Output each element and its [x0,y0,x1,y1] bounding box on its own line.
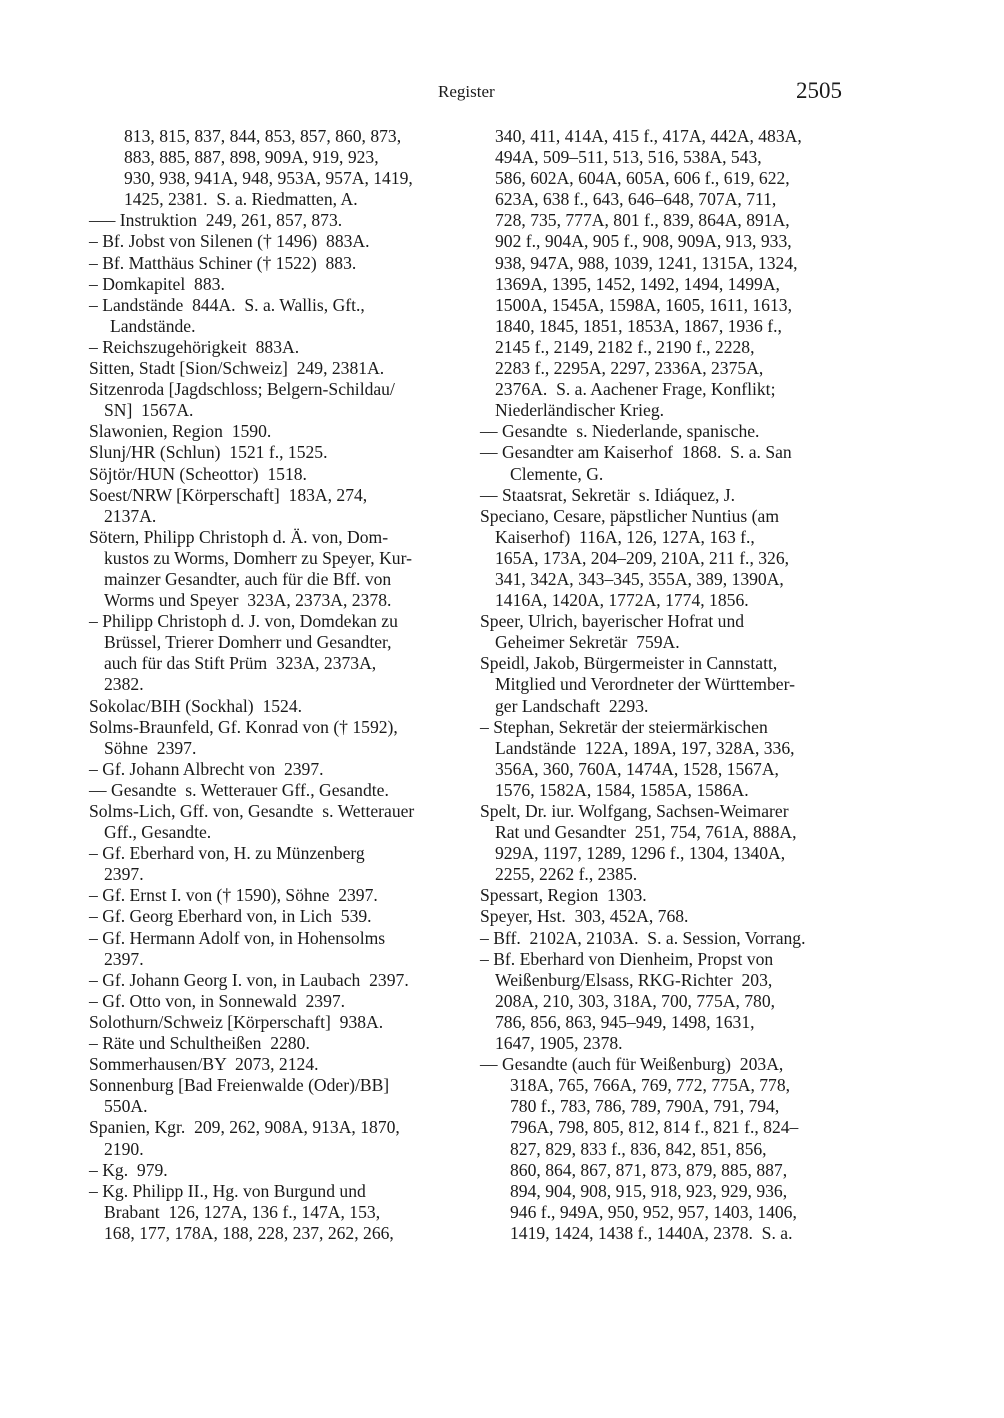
index-line: Sitten, Stadt [Sion/Schweiz] 249, 2381A. [89,358,469,379]
index-line: – Bff. 2102A, 2103A. S. a. Session, Vorr… [480,928,855,949]
index-line: Landstände. [89,316,469,337]
index-line: 827, 829, 833 f., 836, 842, 851, 856, [480,1139,855,1160]
index-line: Brüssel, Trierer Domherr und Gesandter, [89,632,469,653]
index-line: SN] 1567A. [89,400,469,421]
index-line: –– Gesandter am Kaiserhof 1868. S. a. Sa… [480,442,855,463]
index-line: –– Gesandte s. Niederlande, spanische. [480,421,855,442]
index-line: 894, 904, 908, 915, 918, 923, 929, 936, [480,1181,855,1202]
index-line: – Kg. Philipp II., Hg. von Burgund und [89,1181,469,1202]
index-line: Gff., Gesandte. [89,822,469,843]
index-line: Spessart, Region 1303. [480,885,855,906]
index-line: – Gf. Eberhard von, H. zu Münzenberg [89,843,469,864]
index-line: Sötern, Philipp Christoph d. Ä. von, Dom… [89,527,469,548]
index-line: 2376A. S. a. Aachener Frage, Konflikt; [480,379,855,400]
index-line: mainzer Gesandter, auch für die Bff. von [89,569,469,590]
index-line: 946 f., 949A, 950, 952, 957, 1403, 1406, [480,1202,855,1223]
index-line: Sokolac/BIH (Sockhal) 1524. [89,696,469,717]
index-line: 902 f., 904A, 905 f., 908, 909A, 913, 93… [480,231,855,252]
index-line: –– Gesandte (auch für Weißenburg) 203A, [480,1054,855,1075]
running-head: Register [438,82,495,102]
index-line: – Gf. Ernst I. von († 1590), Söhne 2397. [89,885,469,906]
index-line: Rat und Gesandter 251, 754, 761A, 888A, [480,822,855,843]
index-line: Slunj/HR (Schlun) 1521 f., 1525. [89,442,469,463]
index-line: – Gf. Otto von, in Sonnewald 2397. [89,991,469,1012]
index-line: Weißenburg/Elsass, RKG-Richter 203, [480,970,855,991]
index-line: – Philipp Christoph d. J. von, Domdekan … [89,611,469,632]
index-line: – Bf. Eberhard von Dienheim, Propst von [480,949,855,970]
index-column-left: 813, 815, 837, 844, 853, 857, 860, 873,8… [89,126,469,1244]
index-line: 938, 947A, 988, 1039, 1241, 1315A, 1324, [480,253,855,274]
index-line: ger Landschaft 2293. [480,696,855,717]
index-line: auch für das Stift Prüm 323A, 2373A, [89,653,469,674]
index-line: 168, 177, 178A, 188, 228, 237, 262, 266, [89,1223,469,1244]
index-line: 165A, 173A, 204–209, 210A, 211 f., 326, [480,548,855,569]
index-line: 860, 864, 867, 871, 873, 879, 885, 887, [480,1160,855,1181]
index-line: Clemente, G. [480,464,855,485]
index-line: 2190. [89,1139,469,1160]
index-line: 318A, 765, 766A, 769, 772, 775A, 778, [480,1075,855,1096]
index-line: Geheimer Sekretär 759A. [480,632,855,653]
index-line: – Landstände 844A. S. a. Wallis, Gft., [89,295,469,316]
index-line: 1425, 2381. S. a. Riedmatten, A. [89,189,469,210]
index-line: Spanien, Kgr. 209, 262, 908A, 913A, 1870… [89,1117,469,1138]
index-line: 623A, 638 f., 643, 646–648, 707A, 711, [480,189,855,210]
index-line: 2397. [89,864,469,885]
index-line: 813, 815, 837, 844, 853, 857, 860, 873, [89,126,469,147]
index-line: – Räte und Schultheißen 2280. [89,1033,469,1054]
index-line: 586, 602A, 604A, 605A, 606 f., 619, 622, [480,168,855,189]
index-line: 1369A, 1395, 1452, 1492, 1494, 1499A, [480,274,855,295]
index-line: 208A, 210, 303, 318A, 700, 775A, 780, [480,991,855,1012]
index-line: Soest/NRW [Körperschaft] 183A, 274, [89,485,469,506]
index-line: 341, 342A, 343–345, 355A, 389, 1390A, [480,569,855,590]
index-line: Sommerhausen/BY 2073, 2124. [89,1054,469,1075]
index-line: Solms-Braunfeld, Gf. Konrad von († 1592)… [89,717,469,738]
page-number: 2505 [796,78,842,104]
index-line: – Reichszugehörigkeit 883A. [89,337,469,358]
index-line: Landstände 122A, 189A, 197, 328A, 336, [480,738,855,759]
index-line: 1500A, 1545A, 1598A, 1605, 1611, 1613, [480,295,855,316]
index-line: Söjtör/HUN (Scheottor) 1518. [89,464,469,485]
index-line: 1419, 1424, 1438 f., 1440A, 2378. S. a. [480,1223,855,1244]
index-line: Sitzenroda [Jagdschloss; Belgern-Schilda… [89,379,469,400]
index-line: 728, 735, 777A, 801 f., 839, 864A, 891A, [480,210,855,231]
index-line: 929A, 1197, 1289, 1296 f., 1304, 1340A, [480,843,855,864]
index-line: Solms-Lich, Gff. von, Gesandte s. Wetter… [89,801,469,822]
index-line: – Domkapitel 883. [89,274,469,295]
index-line: 780 f., 783, 786, 789, 790A, 791, 794, [480,1096,855,1117]
index-line: Speer, Ulrich, bayerischer Hofrat und [480,611,855,632]
index-line: – Bf. Jobst von Silenen († 1496) 883A. [89,231,469,252]
index-line: Mitglied und Verordneter der Württember- [480,674,855,695]
index-line: Speyer, Hst. 303, 452A, 768. [480,906,855,927]
index-line: 1416A, 1420A, 1772A, 1774, 1856. [480,590,855,611]
index-line: –– Gesandte s. Wetterauer Gff., Gesandte… [89,780,469,801]
index-line: – Gf. Hermann Adolf von, in Hohensolms [89,928,469,949]
index-line: 550A. [89,1096,469,1117]
index-line: – Stephan, Sekretär der steiermärkischen [480,717,855,738]
index-line: Brabant 126, 127A, 136 f., 147A, 153, [89,1202,469,1223]
index-line: 1647, 1905, 2378. [480,1033,855,1054]
page-header: Register 2505 [0,78,1004,108]
index-line: 786, 856, 863, 945–949, 1498, 1631, [480,1012,855,1033]
index-line: – Kg. 979. [89,1160,469,1181]
index-line: Speidl, Jakob, Bürgermeister in Cannstat… [480,653,855,674]
index-line: ––– Instruktion 249, 261, 857, 873. [89,210,469,231]
index-line: Niederländischer Krieg. [480,400,855,421]
index-line: Speciano, Cesare, päpstlicher Nuntius (a… [480,506,855,527]
index-line: – Gf. Georg Eberhard von, in Lich 539. [89,906,469,927]
index-line: 1840, 1845, 1851, 1853A, 1867, 1936 f., [480,316,855,337]
index-line: kustos zu Worms, Domherr zu Speyer, Kur- [89,548,469,569]
index-line: Slawonien, Region 1590. [89,421,469,442]
index-line: 2397. [89,949,469,970]
index-line: 494A, 509–511, 513, 516, 538A, 543, [480,147,855,168]
index-line: – Bf. Matthäus Schiner († 1522) 883. [89,253,469,274]
index-line: Spelt, Dr. iur. Wolfgang, Sachsen-Weimar… [480,801,855,822]
index-line: Worms und Speyer 323A, 2373A, 2378. [89,590,469,611]
index-line: – Gf. Johann Albrecht von 2397. [89,759,469,780]
index-line: 2137A. [89,506,469,527]
index-line: 2283 f., 2295A, 2297, 2336A, 2375A, [480,358,855,379]
index-line: 2145 f., 2149, 2182 f., 2190 f., 2228, [480,337,855,358]
index-line: – Gf. Johann Georg I. von, in Laubach 23… [89,970,469,991]
index-line: 796A, 798, 805, 812, 814 f., 821 f., 824… [480,1117,855,1138]
index-line: Söhne 2397. [89,738,469,759]
index-line: 2255, 2262 f., 2385. [480,864,855,885]
index-column-right: 340, 411, 414A, 415 f., 417A, 442A, 483A… [480,126,855,1244]
index-line: Sonnenburg [Bad Freienwalde (Oder)/BB] [89,1075,469,1096]
index-line: Kaiserhof) 116A, 126, 127A, 163 f., [480,527,855,548]
index-line: –– Staatsrat, Sekretär s. Idiáquez, J. [480,485,855,506]
index-line: 930, 938, 941A, 948, 953A, 957A, 1419, [89,168,469,189]
index-line: Solothurn/Schweiz [Körperschaft] 938A. [89,1012,469,1033]
index-line: 883, 885, 887, 898, 909A, 919, 923, [89,147,469,168]
index-line: 2382. [89,674,469,695]
index-line: 340, 411, 414A, 415 f., 417A, 442A, 483A… [480,126,855,147]
index-line: 356A, 360, 760A, 1474A, 1528, 1567A, [480,759,855,780]
index-line: 1576, 1582A, 1584, 1585A, 1586A. [480,780,855,801]
